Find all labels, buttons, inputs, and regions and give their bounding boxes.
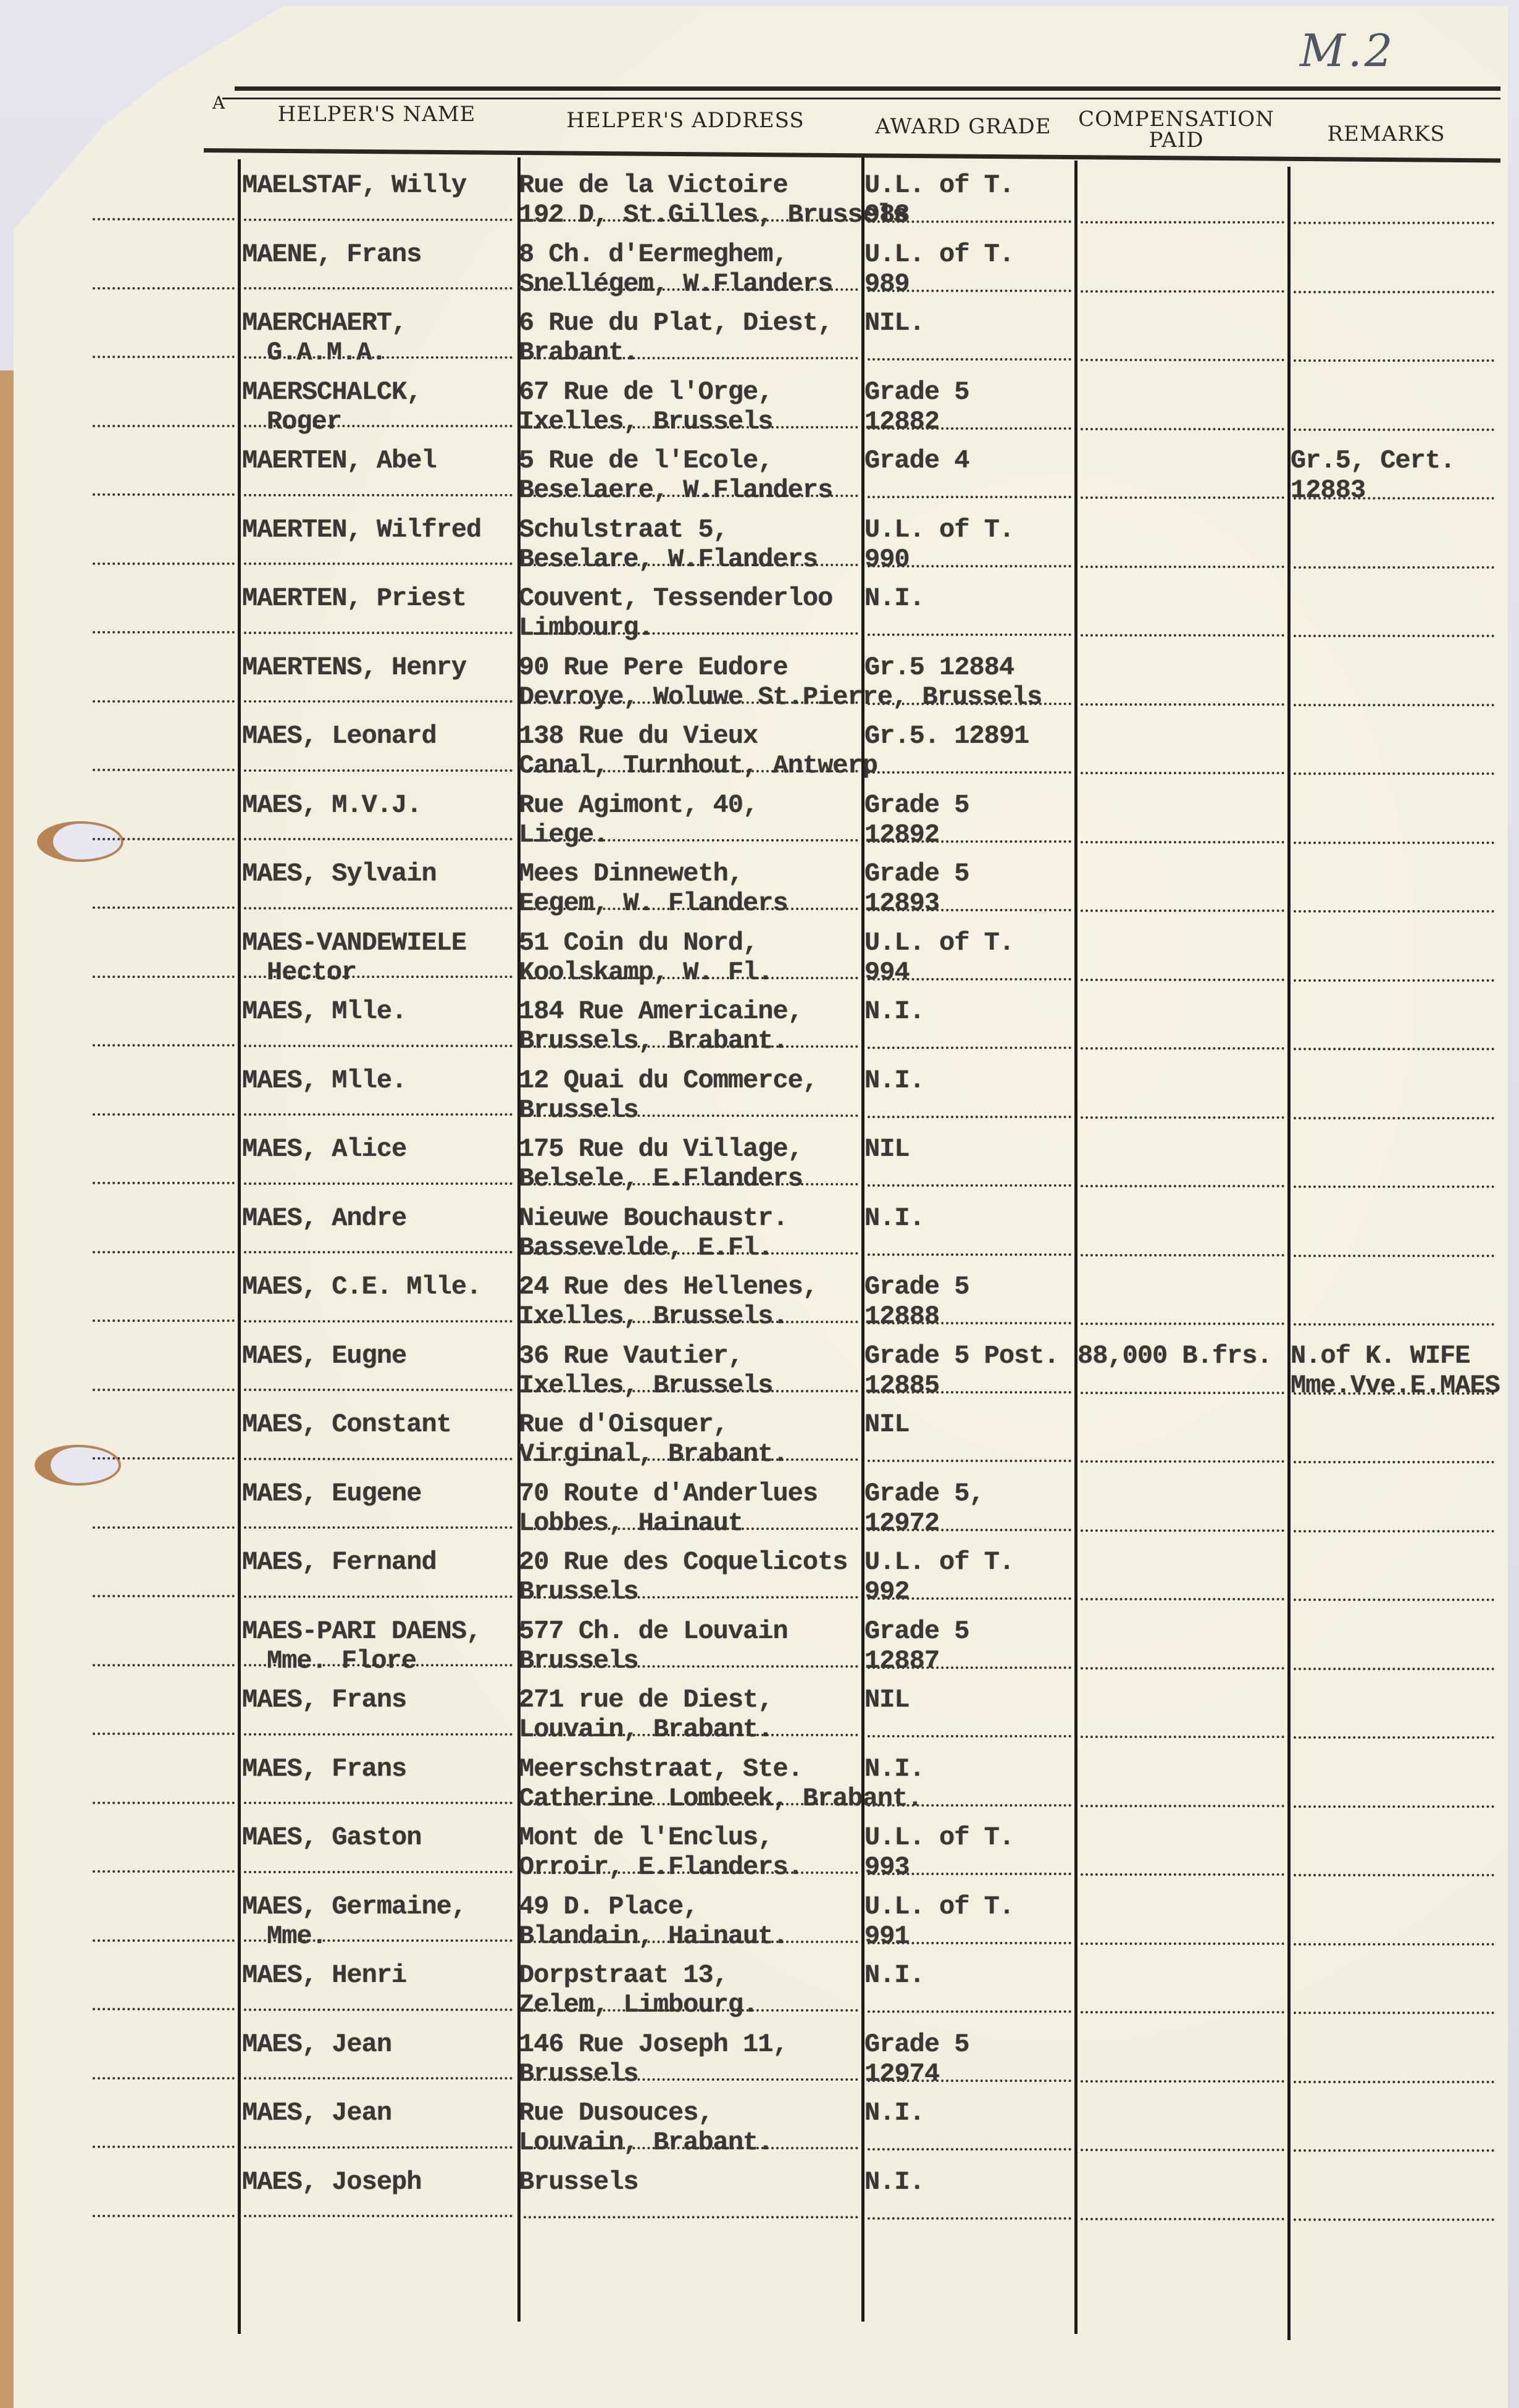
row-rule — [868, 2148, 1071, 2151]
cell-address: Zelem, Limbourg. — [519, 1989, 758, 2020]
row-rule — [244, 494, 513, 496]
row-rule — [93, 2077, 235, 2080]
row-rule — [93, 1664, 235, 1666]
cell-award: 12892 — [864, 819, 939, 850]
row-rule — [1081, 1392, 1284, 1394]
row-rule — [93, 1457, 235, 1460]
row-rule — [93, 1526, 235, 1529]
cell-award: Gr.5. 12891 — [864, 721, 1029, 751]
row-rule — [1081, 1805, 1284, 1807]
cell-award: 12888 — [864, 1301, 939, 1332]
cell-address: 36 Rue Vautier, — [519, 1340, 743, 1371]
cell-address: Limbourg. — [519, 612, 653, 643]
cell-address: Rue de la Victoire — [519, 170, 788, 201]
row-rule — [93, 1251, 235, 1253]
cell-award: 994 — [864, 957, 910, 988]
row-rule — [1294, 1185, 1494, 1188]
cell-award: N.I. — [864, 996, 924, 1027]
row-rule — [93, 562, 235, 565]
cell-name: MAES, Fernand — [242, 1547, 437, 1578]
cell-award: 12887 — [864, 1645, 939, 1676]
row-rule — [868, 633, 1071, 636]
cell-remarks: N.of K. WIFE — [1291, 1340, 1470, 1371]
row-rule — [244, 1251, 513, 1253]
cell-award: 12972 — [864, 1508, 939, 1539]
row-rule — [93, 493, 235, 496]
cell-name: MAES, Frans — [242, 1684, 406, 1715]
cell-address: Belsele, E.Flanders — [519, 1163, 803, 1194]
cell-award: U.L. of T. — [864, 1891, 1014, 1922]
cell-award: N.I. — [864, 1203, 924, 1234]
row-rule — [93, 906, 235, 909]
row-rule — [244, 907, 513, 909]
row-rule — [1081, 1873, 1284, 1876]
row-rule — [1294, 222, 1494, 224]
row-rule — [1294, 566, 1494, 569]
cell-name: MAES, Mlle. — [242, 996, 406, 1027]
cell-award: U.L. of T. — [864, 927, 1014, 958]
cell-award: Grade 5 — [864, 1616, 969, 1647]
cell-name: MAES, C.E. Mlle. — [242, 1271, 481, 1302]
cell-name: MAERTEN, Wilfred — [242, 514, 481, 545]
row-rule — [1081, 496, 1284, 499]
row-rule — [1081, 2218, 1284, 2220]
row-rule — [868, 2217, 1071, 2220]
cell-name: MAES, Eugne — [242, 1340, 406, 1371]
row-rule — [1081, 2149, 1284, 2151]
row-rule — [244, 1802, 513, 1804]
row-rule — [244, 1458, 513, 1460]
cell-address: Schulstraat 5, — [519, 514, 728, 545]
row-rule — [244, 1045, 513, 1047]
row-rule — [1294, 1530, 1494, 1532]
row-rule — [1081, 634, 1284, 637]
row-rule — [1294, 772, 1494, 775]
row-rule — [1081, 841, 1284, 843]
row-rule — [244, 219, 513, 221]
cell-name: MAES, Jean — [242, 2097, 391, 2128]
row-rule — [1294, 1805, 1494, 1808]
row-rule — [1081, 290, 1284, 293]
cell-award: 12974 — [864, 2059, 939, 2089]
cell-address: Brussels — [519, 1645, 638, 1676]
cell-award: 990 — [864, 544, 910, 575]
cell-address: Virginal, Brabant. — [519, 1439, 788, 1469]
row-rule — [93, 1733, 235, 1735]
cell-award: N.I. — [864, 2167, 924, 2197]
cell-award: Grade 5 Post. — [864, 1340, 1059, 1371]
row-rule — [1081, 2011, 1284, 2013]
cell-award: NIL — [864, 1134, 910, 1164]
cell-award: N.I. — [864, 583, 924, 614]
row-rule — [244, 700, 513, 703]
row-rule — [1081, 772, 1284, 774]
row-rule — [868, 496, 1071, 498]
row-rule — [1081, 1667, 1284, 1670]
cell-address: Koolskamp, W. Fl. — [519, 957, 772, 988]
row-rule — [1081, 2080, 1284, 2083]
cell-name: MAELSTAF, Willy — [242, 170, 466, 201]
cell-address: 5 Rue de l'Ecole, — [519, 445, 772, 476]
header-name: HELPER'S NAME — [247, 104, 506, 125]
row-rule — [93, 356, 235, 358]
cell-address: 184 Rue Americaine, — [519, 996, 803, 1027]
row-rule — [1081, 979, 1284, 981]
cell-address: 192 D, St.Gilles, Brussels — [519, 199, 907, 230]
cell-award: U.L. of T. — [864, 1547, 1014, 1578]
row-rule — [93, 1870, 235, 1873]
cell-award: 12893 — [864, 888, 939, 919]
row-rule — [93, 2146, 235, 2148]
punch-hole — [35, 1445, 121, 1486]
cell-address: 24 Rue des Hellenes, — [519, 1271, 818, 1302]
cell-address: 271 rue de Diest, — [519, 1684, 772, 1715]
cell-address: Brussels — [519, 2059, 638, 2089]
cell-name: Mme. Flore — [267, 1645, 416, 1676]
row-rule — [244, 1320, 513, 1323]
row-rule — [1294, 1668, 1494, 1670]
cell-address: Lobbes, Hainaut — [519, 1508, 743, 1539]
row-rule — [868, 1735, 1071, 1737]
row-rule — [93, 2008, 235, 2010]
cell-name: MAES, Alice — [242, 1134, 406, 1164]
cell-award: N.I. — [864, 2097, 924, 2128]
cell-address: Brussels, Brabant. — [519, 1026, 788, 1056]
row-rule — [244, 1595, 513, 1598]
row-rule — [868, 358, 1071, 361]
row-rule — [93, 838, 235, 840]
row-rule — [244, 2146, 513, 2149]
cell-name: MAERSCHALCK, — [242, 377, 421, 408]
cell-name: MAES, Sylvain — [242, 858, 437, 889]
cell-address: 138 Rue du Vieux — [519, 721, 758, 751]
row-rule — [93, 425, 235, 427]
cell-address: Blandain, Hainaut. — [519, 1921, 788, 1952]
row-rule — [1081, 1460, 1284, 1463]
cell-name: MAES, Joseph — [242, 2167, 421, 2197]
row-rule — [244, 1182, 513, 1185]
cell-award: U.L. of T. — [864, 514, 1014, 545]
cell-award: 12882 — [864, 406, 939, 437]
row-rule — [244, 1526, 513, 1529]
header-compensation: COMPENSATION PAID — [1074, 109, 1278, 151]
cell-address: Liege. — [519, 819, 608, 850]
row-rule — [1081, 221, 1284, 224]
cell-name: G.A.M.A. — [267, 337, 387, 368]
row-rule — [1294, 979, 1494, 982]
cell-address: Devroye, Woluwe St.Pierre, Brussels — [519, 682, 1042, 713]
row-rule — [1294, 2218, 1494, 2221]
cell-address: Snellégem, W.Flanders — [519, 269, 832, 299]
row-rule — [1081, 1942, 1284, 1945]
row-rule — [1081, 1598, 1284, 1600]
cell-name: MAES, Eugene — [242, 1478, 421, 1509]
cell-address: Rue Agimont, 40, — [519, 790, 758, 821]
cell-award: NIL — [864, 1684, 910, 1715]
row-rule — [244, 287, 513, 290]
row-rule — [1294, 635, 1494, 637]
cell-name: MAES, Frans — [242, 1754, 406, 1784]
cell-name: MAES, Andre — [242, 1203, 406, 1234]
header-award: AWARD GRADE — [861, 116, 1065, 137]
header-address: HELPER'S ADDRESS — [519, 110, 852, 131]
cell-address: Louvain, Brabant. — [519, 1714, 772, 1745]
cell-address: Ixelles, Brussels — [519, 406, 772, 437]
cell-name: MAENE, Frans — [242, 239, 421, 270]
row-rule — [93, 2215, 235, 2217]
cell-address: Rue Dusouces, — [519, 2097, 713, 2128]
cell-award: 989 — [864, 269, 910, 299]
row-rule — [1294, 1461, 1494, 1463]
cell-address: 6 Rue du Plat, Diest, — [519, 307, 832, 338]
header-remarks: REMARKS — [1284, 123, 1488, 144]
cell-address: 175 Rue du Village, — [519, 1134, 803, 1164]
cell-name: MAES, Leonard — [242, 721, 437, 751]
cell-name: Roger — [267, 406, 341, 437]
row-rule — [1081, 1323, 1284, 1325]
row-rule — [524, 2216, 858, 2218]
cell-award: Gr.5 12884 — [864, 652, 1014, 683]
row-rule — [244, 769, 513, 772]
cell-address: 577 Ch. de Louvain — [519, 1616, 788, 1647]
row-rule — [1294, 1117, 1494, 1119]
cell-name: MAES, Germaine, — [242, 1891, 466, 1922]
row-rule — [1294, 2081, 1494, 2083]
cell-award: 991 — [864, 1921, 910, 1952]
cell-award: Grade 5 — [864, 2029, 969, 2060]
cell-name: MAERTEN, Priest — [242, 583, 466, 614]
cell-award: NIL — [864, 1409, 910, 1440]
punch-hole — [37, 821, 123, 862]
cell-address: Beselare, W.Flanders — [519, 544, 818, 575]
row-rule — [1294, 1323, 1494, 1326]
row-rule — [93, 1182, 235, 1184]
cell-address: 146 Rue Joseph 11, — [519, 2029, 788, 2060]
cell-address: 20 Rue des Coquelicots — [519, 1547, 848, 1578]
row-rule — [93, 1113, 235, 1116]
row-rule — [1081, 428, 1284, 430]
row-rule — [93, 1939, 235, 1942]
cell-address: 49 D. Place, — [519, 1891, 698, 1922]
row-rule — [1294, 1048, 1494, 1050]
row-rule — [1081, 1736, 1284, 1738]
cell-address: Canal, Turnhout, Antwerp — [519, 750, 877, 781]
row-rule — [1294, 291, 1494, 293]
row-rule — [1081, 1185, 1284, 1187]
row-rule — [1081, 909, 1284, 912]
row-rule — [244, 1113, 513, 1116]
cell-remarks: Mme.Vve.E.MAES — [1291, 1370, 1500, 1401]
row-rule — [1294, 910, 1494, 913]
column-divider — [1074, 161, 1078, 2334]
row-rule — [868, 1116, 1071, 1118]
row-rule — [244, 562, 513, 565]
cell-name: MAERTENS, Henry — [242, 652, 466, 683]
row-rule — [93, 287, 235, 290]
row-rule — [868, 1253, 1071, 1256]
cell-award: Grade 5 — [864, 377, 969, 408]
row-rule — [93, 1319, 235, 1322]
cell-award: N.I. — [864, 1960, 924, 1991]
cell-address: Couvent, Tessenderloo — [519, 583, 832, 614]
row-rule — [1081, 703, 1284, 706]
cell-name: MAES, Jean — [242, 2029, 391, 2060]
cell-address: Rue d'Oisquer, — [519, 1409, 728, 1440]
row-rule — [1081, 566, 1284, 568]
row-rule — [1081, 1529, 1284, 1532]
cell-address: Orroir, E.Flanders. — [519, 1852, 803, 1883]
row-rule — [1294, 2149, 1494, 2152]
cell-award: 992 — [864, 1576, 910, 1607]
cell-award: 993 — [864, 1852, 910, 1883]
row-rule — [244, 2215, 513, 2217]
row-rule — [93, 631, 235, 633]
cell-address: Brussels — [519, 1095, 638, 1126]
cell-address: 90 Rue Pere Eudore — [519, 652, 788, 683]
cell-address: Louvain, Brabant. — [519, 2127, 772, 2158]
row-rule — [1294, 1736, 1494, 1739]
row-rule — [1081, 1254, 1284, 1256]
row-rule — [93, 700, 235, 703]
cell-name: MAES, Mlle. — [242, 1065, 406, 1096]
cell-address: 8 Ch. d'Eermeghem, — [519, 239, 788, 270]
row-rule — [244, 1389, 513, 1391]
row-rule — [93, 1044, 235, 1047]
cell-address: Beselaere, W.Flanders — [519, 475, 832, 506]
cell-name: Hector — [267, 957, 356, 988]
row-rule — [244, 2009, 513, 2011]
cell-name: MAES, Gaston — [242, 1822, 421, 1853]
cell-award: U.L. of T. — [864, 1822, 1014, 1853]
cell-name: MAES, Constant — [242, 1409, 451, 1440]
row-rule — [1294, 1255, 1494, 1257]
cell-address: Bassevelde, E.Fl. — [519, 1232, 772, 1263]
row-rule — [1294, 842, 1494, 844]
cell-address: Dorpstraat 13, — [519, 1960, 728, 1991]
cell-address: Catherine Lombeek, Brabant. — [519, 1783, 923, 1814]
cell-address: Brussels — [519, 1576, 638, 1607]
top-rule-thin — [222, 98, 1500, 99]
row-rule — [868, 1460, 1071, 1462]
cell-name: MAES, Henri — [242, 1960, 406, 1991]
cell-address: Mees Dinneweth, — [519, 858, 743, 889]
cell-address: Ixelles, Brussels — [519, 1370, 772, 1401]
cell-award: Grade 4 — [864, 445, 969, 476]
row-rule — [93, 976, 235, 978]
cell-name: MAES, M.V.J. — [242, 790, 421, 821]
cell-award: NIL. — [864, 307, 924, 338]
row-rule — [244, 2077, 513, 2080]
cell-address: 51 Coin du Nord, — [519, 927, 758, 958]
row-rule — [244, 838, 513, 840]
cell-address: 70 Route d'Anderlues — [519, 1478, 818, 1509]
cell-name: MAES-VANDEWIELE — [242, 927, 466, 958]
row-rule — [1294, 1943, 1494, 1946]
cell-name: MAERTEN, Abel — [242, 445, 437, 476]
row-rule — [1294, 704, 1494, 706]
cell-award: Grade 5 — [864, 858, 969, 889]
handwritten-page-number: M.2 — [1300, 25, 1395, 77]
cell-address: Ixelles, Brussels. — [519, 1301, 788, 1332]
cell-remarks: Gr.5, Cert. — [1291, 445, 1455, 476]
cell-address: Mont de l'Enclus, — [519, 1822, 772, 1853]
cell-address: 12 Quai du Commerce, — [519, 1065, 818, 1096]
row-rule — [1081, 1047, 1284, 1050]
row-rule — [1294, 429, 1494, 431]
cell-address: Eegem, W. Flanders — [519, 888, 788, 919]
row-rule — [93, 218, 235, 220]
column-divider — [861, 157, 864, 2322]
row-rule — [93, 1595, 235, 1597]
row-rule — [1294, 1599, 1494, 1601]
row-rule — [1081, 359, 1284, 361]
row-rule — [244, 1733, 513, 1736]
cell-compensation: 88,000 B.frs. — [1078, 1340, 1272, 1371]
row-rule — [244, 632, 513, 634]
cell-name: Mme. — [267, 1921, 327, 1952]
cell-name: MAERCHAERT, — [242, 307, 406, 338]
cell-address: Nieuwe Bouchaustr. — [519, 1203, 788, 1234]
cell-award: Grade 5 — [864, 1271, 969, 1302]
row-rule — [868, 2010, 1071, 2013]
cell-award: Grade 5, — [864, 1478, 984, 1509]
corner-column-mark: A — [212, 93, 225, 113]
cell-award: U.L. of T. — [864, 239, 1014, 270]
row-rule — [1294, 2012, 1494, 2014]
row-rule — [93, 1389, 235, 1391]
row-rule — [1081, 1116, 1284, 1119]
row-rule — [93, 1802, 235, 1804]
row-rule — [868, 1184, 1071, 1187]
cell-award: N.I. — [864, 1065, 924, 1096]
cell-address: 67 Rue de l'Orge, — [519, 377, 772, 408]
cell-remarks: 12883 — [1291, 475, 1365, 506]
row-rule — [244, 1871, 513, 1873]
cell-award: 988 — [864, 199, 910, 230]
cell-name: MAES-PARI DAENS, — [242, 1616, 481, 1647]
row-rule — [1294, 359, 1494, 362]
cell-address: Brussels — [519, 2167, 638, 2197]
cell-award: Grade 5 — [864, 790, 969, 821]
cell-award: 12885 — [864, 1370, 939, 1401]
cell-address: Brabant. — [519, 337, 638, 368]
top-rule — [235, 86, 1500, 91]
row-rule — [868, 1047, 1071, 1049]
cell-address: Meerschstraat, Ste. — [519, 1754, 803, 1784]
cell-award: N.I. — [864, 1754, 924, 1784]
cell-award: U.L. of T. — [864, 170, 1014, 201]
row-rule — [868, 771, 1071, 774]
row-rule — [93, 769, 235, 771]
row-rule — [1294, 1874, 1494, 1876]
column-divider — [238, 159, 241, 2334]
